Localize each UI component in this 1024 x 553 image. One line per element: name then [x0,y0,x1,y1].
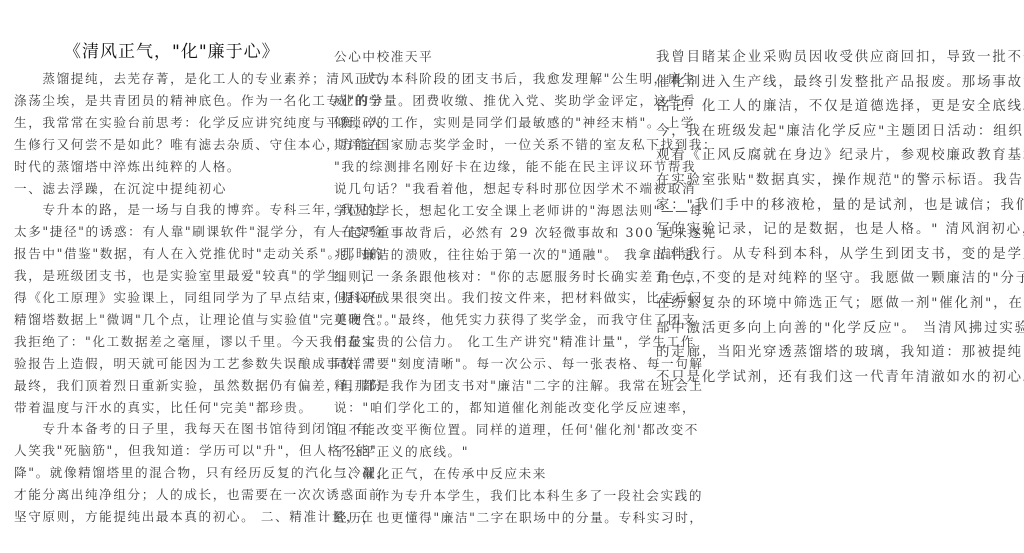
text-line: 才能分离出纯净组分；人的成长，也需要在一次次诱惑面前 [14,484,383,503]
text-line: 说："咱们学化工的，都知道催化剂能改变化学反应速率， [334,397,696,416]
text-line: 角色，不变的是对纯粹的坚守。我愿做一颗廉洁的"分子筛"， [656,267,1024,286]
text-line: 但不能改变平衡位置。同样的道理，任何'催化剂'都改变不 [334,419,699,438]
text-line: 兆。廉洁的溃败，往往始于第一次的"通融"。 我拿出评定 [334,244,695,263]
text-line: 说几句话？"我看着他，想起专科时那位因学术不端被取消 [334,178,696,197]
text-line: 经历，也更懂得"廉洁"二字在职场中的分量。专科实习时， [334,507,704,526]
text-line: 报告中"借鉴"数据，有人在入党推优时"走动关系"。那时的 [14,243,384,262]
text-line: 催化剂进入生产线，最终引发整批产品报废。那场事故让我 [656,71,1024,90]
text-line: 但科研成果很突出。我们按文件来，把材料做实，比走后门 [334,287,703,306]
text-line: 家："我们手中的移液枪，量的是试剂，也是诚信；我们填 [656,194,1024,213]
text-line: 我，是班级团支书，也是实验室里最爱"较真"的学生。 记 [14,265,375,284]
text-line: 成为本科阶段的团支书后，我愈发理解"公生明，廉生 [334,68,696,87]
text-line: 坚守原则，方能提纯出最本真的初心。 二、精准计量，在 [14,506,374,525]
text-line: 我曾目睹某企业采购员因收受供应商回扣，导致一批不合格 [656,46,1024,65]
text-line: 生修行又何尝不是如此？唯有滤去杂质、守住本心，方能在 [14,134,383,153]
text-line: "我的综测排名刚好卡在边缘，能不能在民主评议环节帮我 [334,156,696,175]
text-line: 的走廊，当阳光穿透蒸馏塔的玻璃，我知道：那被提纯的， [656,341,1024,360]
text-line: 二、催化正气，在传承中反应未来 [334,463,547,482]
text-line: 部中激活更多向上向善的"化学反应"。 当清风拂过实验楼 [656,317,1024,336]
text-line: 生，我常常在实验台前思考：化学反应讲究纯度与平衡，人 [14,112,383,131]
text-line: 人笑我"死脑筋"，但我知道：学历可以"升"，但人格不能" [14,440,377,459]
text-line: 了公平正义的底线。" [334,441,469,460]
text-line: 专升本备考的日子里，我每天在图书馆待到闭馆。有 [14,418,369,437]
text-line: 洁伴我行。从专科到本科，从学生到团支书，变的是学历与 [656,243,1024,262]
text-line: 同样需要"刻度清晰"。每一次公示、每一张表格、每一句解 [334,353,704,372]
text-line: 最终，我们顶着烈日重新实验，虽然数据仍有偏差，但那份 [14,375,383,394]
text-line: 在实验室张贴"数据真实，操作规范"的警示标语。我告诉大 [656,169,1024,188]
text-line: 在纷繁复杂的环境中筛选正气；愿做一剂"催化剂"，在团支 [656,292,1024,311]
text-line: 似琐碎的工作，实则是同学们最敏感的"神经末梢"。 上学 [334,112,695,131]
text-line: 涤荡尘埃，是共青团员的精神底色。作为一名化工专业的学 [14,90,383,109]
text-line: 学位的学长，想起化工安全课上老师讲的"海恩法则"——每 [334,200,704,219]
text-line: 公心中校准天平 [334,46,433,65]
text-line: 书最宝贵的公信力。 化工生产讲究"精准计量"，学生工作 [334,331,695,350]
text-line: 不只是化学试剂，还有我们这一代青年清澈如水的初心。 [656,366,1024,385]
text-line: 写的实验记录，记的是数据，也是人格。" 清风润初心，廉 [656,218,1024,237]
text-line: 铭记：化工人的廉洁，不仅是道德选择，更是安全底线。 如 [656,95,1024,114]
text-line: 释，都是我作为团支书对"廉洁"二字的注解。我常在班会上 [334,375,704,394]
text-line: 更硬气。"最终，他凭实力获得了奖学金，而我守住了团支 [334,309,696,328]
text-line: 时代的蒸馏塔中淬炼出纯粹的人格。 [14,156,241,175]
text-line: 带着温度与汗水的真实，比任何"完美"都珍贵。 [14,397,313,416]
text-line: 细则，一条条跟他核对："你的志愿服务时长确实差了一点， [334,266,710,285]
text-line: 观看《正风反腐就在身边》纪录片，参观校廉政教育基地， [656,144,1024,163]
text-line: 验报告上造假，明天就可能因为工艺参数失误酿成事故。" [14,353,376,372]
text-line: 一、滤去浮躁，在沉淀中提纯初心 [14,178,227,197]
text-line: 威"的分量。团费收缴、推优入党、奖助学金评定，这些看 [334,90,696,109]
text-line: 我拒绝了："化工数据差之毫厘，谬以千里。今天我们在实 [14,331,376,350]
text-line: 今，我在班级发起"廉洁化学反应"主题团日活动：组织同学 [656,120,1024,139]
document-title: 《清风正气，"化"廉于心》 [64,37,274,62]
text-line: 作为专升本学生，我们比本科生多了一段社会实践的 [334,485,703,504]
text-line: 专升本的路，是一场与自我的博弈。专科三年，我见过 [14,199,383,218]
text-line: 太多"捷径"的诱惑：有人靠"刷课软件"混学分，有人在实验 [14,221,384,240]
text-line: 得《化工原理》实验课上，同组同学为了早点结束，提议在 [14,287,383,306]
